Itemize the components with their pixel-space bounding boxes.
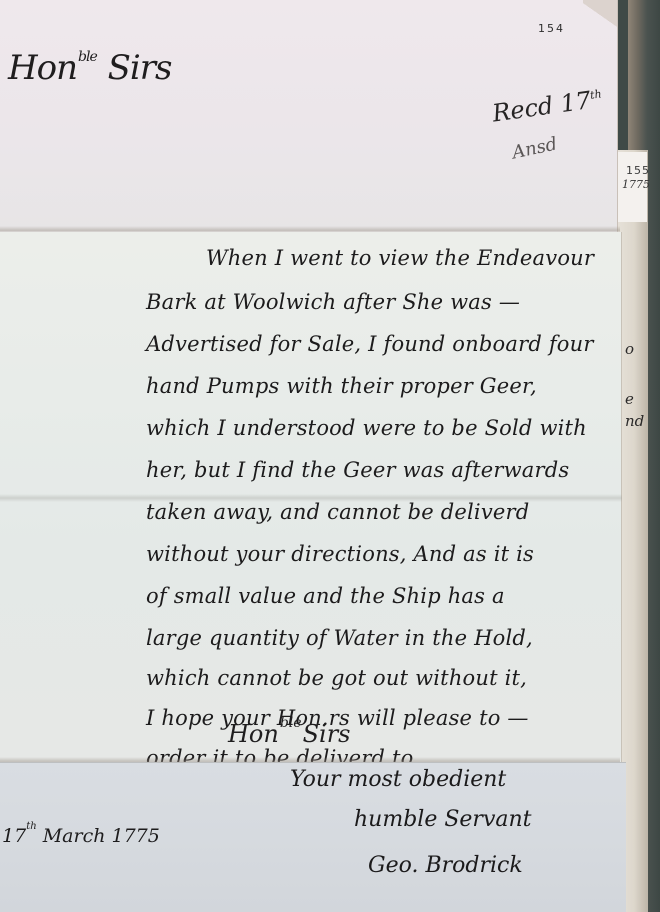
valediction-line: humble Servant: [354, 807, 532, 832]
letter-line: without your directions, And as it is: [146, 542, 534, 566]
letter-line: Bark at Woolwich after She was —: [146, 290, 520, 314]
answered-annotation: Ansd: [510, 134, 559, 164]
outer-fold-panel: 154 Honble Sirs Recd 17th Ansd: [0, 0, 618, 232]
valediction-line: Your most obedient: [290, 767, 506, 792]
folio-label-155: 155 1775: [617, 152, 647, 222]
folded-corner: [583, 0, 617, 30]
closing-salutation: HonbleSirs: [228, 720, 350, 748]
signature: Geo. Brodrick: [368, 853, 523, 878]
letter-line: hand Pumps with their proper Geer,: [146, 374, 537, 398]
margin-fragment: nd: [625, 412, 644, 430]
letter-line: of small value and the Ship has a: [146, 584, 505, 608]
letter-line: which I understood were to be Sold with: [146, 416, 587, 440]
docket-salutation: Honble Sirs: [8, 48, 171, 88]
letter-line: large quantity of Water in the Hold,: [146, 626, 533, 650]
margin-fragment: o: [625, 340, 634, 358]
letter-line: Advertised for Sale, I found onboard fou…: [146, 332, 594, 356]
letter-line: which cannot be got out without it,: [146, 666, 527, 690]
signature-panel: 17th March 1775 Your most obedient humbl…: [0, 762, 626, 912]
letter-line: taken away, and cannot be deliverd: [146, 500, 529, 524]
received-annotation: Recd 17th: [491, 84, 605, 127]
letter-line: her, but I find the Geer was afterwards: [146, 458, 569, 482]
folio-number: 155: [626, 164, 650, 177]
letter-line: When I went to view the Endeavour: [206, 246, 594, 270]
letter-date: 17th March 1775: [2, 825, 160, 847]
folio-year: 1775: [622, 178, 650, 191]
letter-body-panel: When I went to view the Endeavour Bark a…: [0, 232, 622, 762]
folio-number: 154: [538, 22, 565, 35]
margin-fragment: e: [625, 390, 634, 408]
